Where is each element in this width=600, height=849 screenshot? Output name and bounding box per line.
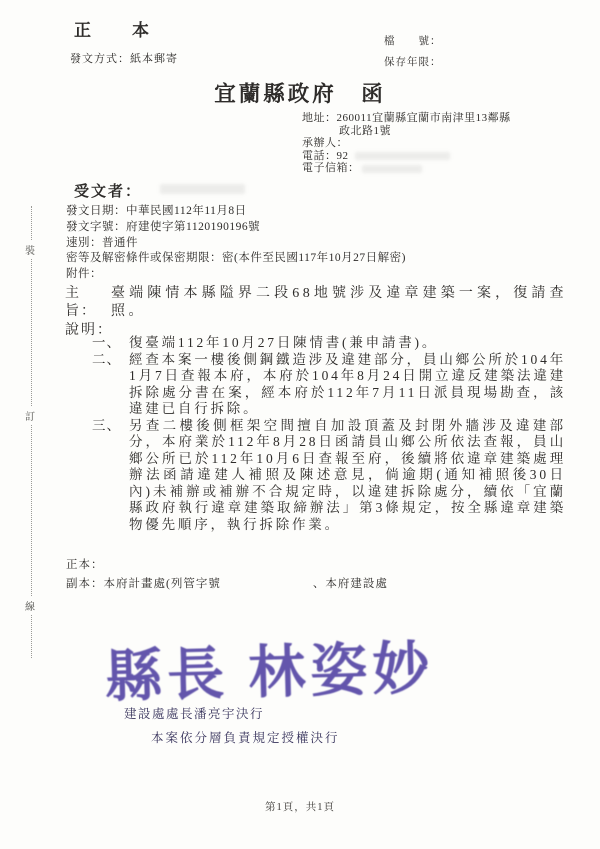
description-items: 一、 復臺端112年10月27日陳情書(兼申請書)。 二、 經查本案一樓後側鋼鐵… (92, 335, 566, 533)
file-number-label: 檔 號： (384, 33, 442, 48)
recipient-label: 受文者： (74, 180, 142, 201)
meta-block: 發文日期：中華民國112年11月8日 發文字號：府建使字第1120190196號… (66, 204, 406, 283)
redacted-phone (355, 152, 450, 160)
doc-number: 發文字號：府建使字第1120190196號 (66, 220, 406, 236)
original-copy-label: 正本： (66, 556, 388, 575)
delivery-method: 發文方式：紙本郵寄 (70, 50, 178, 66)
redacted-recipient (160, 184, 245, 194)
issue-date: 發文日期：中華民國112年11月8日 (66, 204, 406, 220)
binding-dotted-line (31, 206, 32, 658)
carbon-copy-line: 副本：本府計畫處(列管字號、本府建設處 (66, 575, 388, 594)
approver-line: 建設處處長潘亮宇決行 (124, 704, 264, 722)
distribution-block: 正本： 副本：本府計畫處(列管字號、本府建設處 (66, 556, 388, 594)
copy-type-label: 正 本 (74, 16, 161, 41)
security-classification: 密等及解密條件或保密期限：密(本件至民國117年10月27日解密) (66, 251, 406, 267)
binding-mark-xian: 線 (25, 596, 35, 615)
item-number: 二、 (92, 352, 129, 418)
binding-mark-ding: 訂 (25, 406, 35, 425)
carbon-copy-part2: 、本府建設處 (313, 578, 388, 590)
binding-mark-zhuang: 裝 (25, 240, 35, 259)
priority: 速別：普通件 (66, 236, 406, 252)
phone-line: 電話：92 (302, 150, 511, 163)
carbon-copy-part1: 副本：本府計畫處(列管字號 (66, 578, 221, 590)
subject-label: 主旨： (65, 285, 111, 320)
contact-block: 地址：260011宜蘭縣宜蘭市南津里13鄰縣 政北路1號 承辦人： 電話：92 … (302, 112, 511, 175)
page-number: 第1頁，共1頁 (0, 799, 600, 814)
description-item-1: 一、 復臺端112年10月27日陳情書(兼申請書)。 (92, 335, 566, 352)
item-number: 一、 (92, 335, 129, 352)
description-item-3: 三、 另查二樓後側框架空間擅自加設頂蓋及封閉外牆涉及違建部分，本府業於112年8… (92, 418, 566, 534)
attachment-label: 附件： (66, 267, 406, 283)
item-number: 三、 (92, 418, 129, 534)
county-magistrate-signature-stamp: 縣長 林姿妙 (104, 621, 486, 713)
agency-title: 宜蘭縣政府 函 (0, 77, 600, 108)
email-line: 電子信箱： (302, 162, 511, 175)
address-line2: 政北路1號 (302, 125, 511, 138)
authorization-line: 本案依分層負責規定授權決行 (151, 728, 340, 746)
contact-person: 承辦人： (302, 137, 511, 150)
email-label: 電子信箱： (302, 162, 360, 174)
retention-period-label: 保存年限： (384, 54, 442, 69)
item-text: 復臺端112年10月27日陳情書(兼申請書)。 (129, 335, 566, 352)
redacted-email (362, 165, 422, 173)
official-letter-page: 裝 訂 線 正 本 發文方式：紙本郵寄 檔 號： 保存年限： 宜蘭縣政府 函 地… (0, 0, 600, 849)
address-line1: 地址：260011宜蘭縣宜蘭市南津里13鄰縣 (302, 112, 511, 125)
subject-row: 主旨： 臺端陳情本縣隘界二段68地號涉及違章建築一案，復請查照。 (65, 285, 567, 320)
phone-label: 電話：92 (302, 150, 349, 162)
item-text: 另查二樓後側框架空間擅自加設頂蓋及封閉外牆涉及違建部分，本府業於112年8月28… (129, 418, 566, 534)
subject-text: 臺端陳情本縣隘界二段68地號涉及違章建築一案，復請查照。 (111, 285, 567, 320)
item-text: 經查本案一樓後側鋼鐵造涉及違建部分，員山鄉公所於104年1月7日查報本府，本府於… (129, 352, 566, 418)
description-item-2: 二、 經查本案一樓後側鋼鐵造涉及違建部分，員山鄉公所於104年1月7日查報本府，… (92, 352, 566, 418)
